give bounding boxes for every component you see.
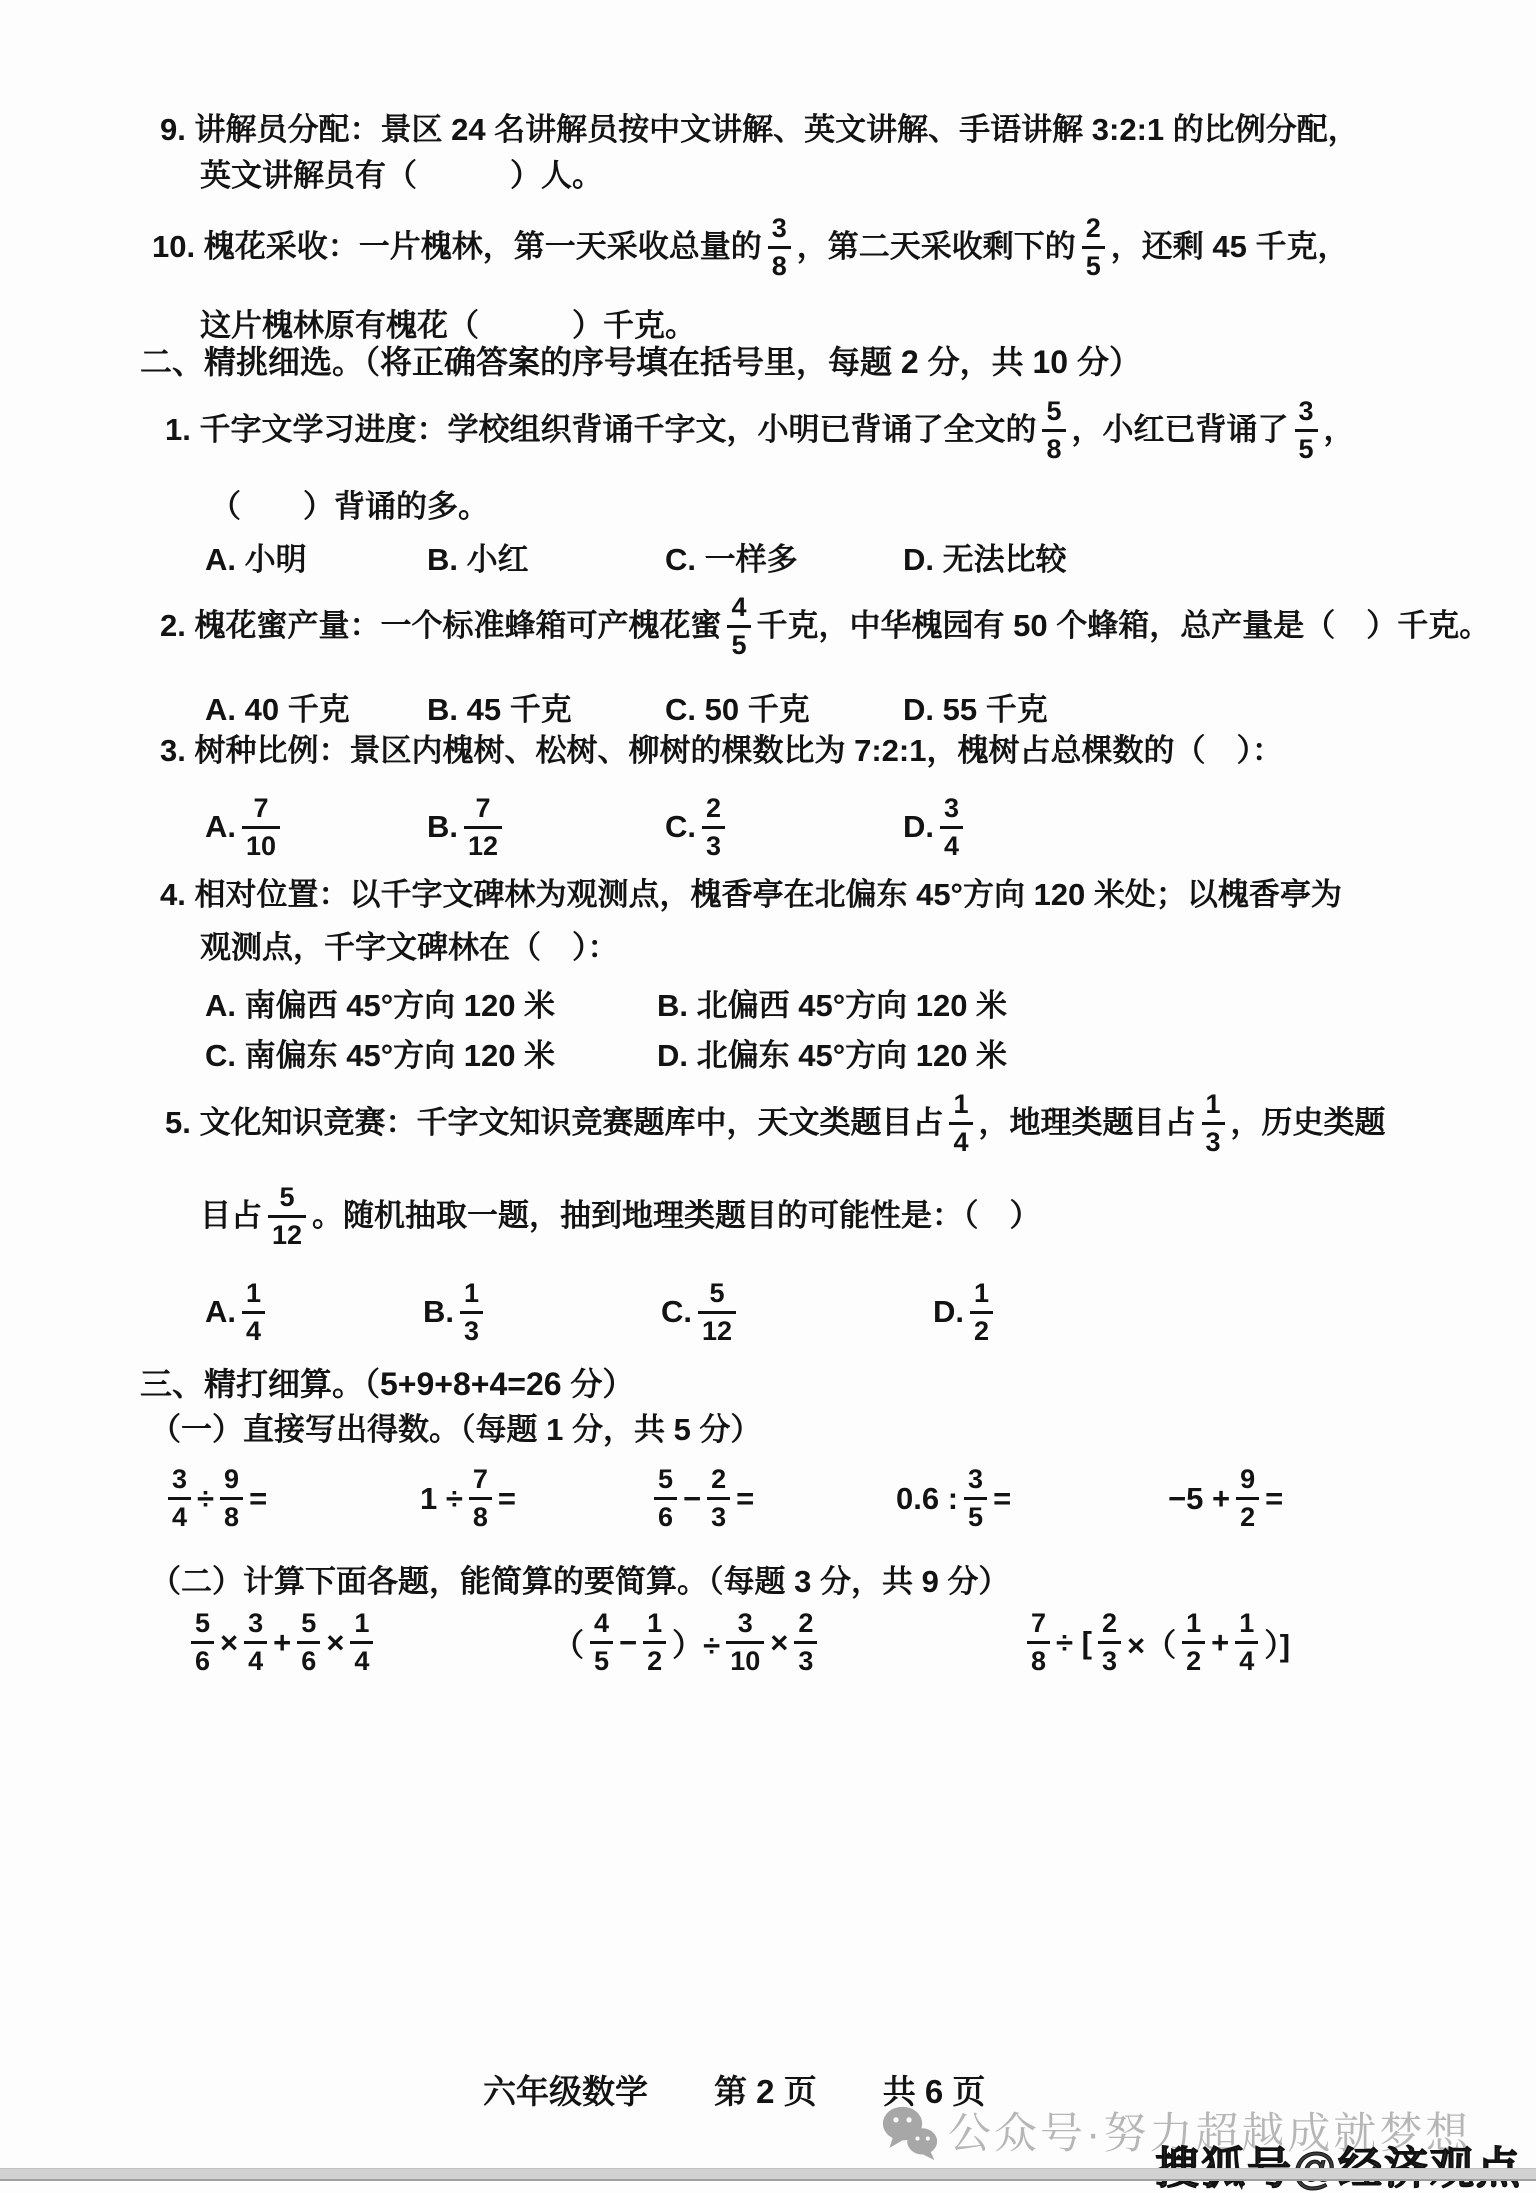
calculation-row: 56×34+56×14 （45−12）÷310×23 78÷ [23×（12+1… — [185, 1595, 1290, 1690]
expression-1: 34÷98= — [162, 1456, 420, 1541]
option-b: B. 13 — [423, 1271, 661, 1353]
option-c: C. 512 — [661, 1271, 933, 1353]
section-3-header: 三、精打细算。（5+9+8+4=26 分） — [140, 1364, 634, 1404]
sohu-watermark-label: 搜狐号@经济观点 — [1155, 2132, 1522, 2193]
question-5-line-2: 目占512。随机抽取一题，抽到地理类题目的可能性是：（ ） — [200, 1176, 1041, 1256]
option-a: A. 40 千克 — [205, 684, 427, 729]
option-b: B. 北偏西 45°方向 120 米 — [657, 980, 1007, 1025]
exam-page: 9. 讲解员分配：景区 24 名讲解员按中文讲解、英文讲解、手语讲解 3:2:1… — [0, 0, 1536, 2193]
question-2-options: A. 40 千克 B. 45 千克 C. 50 千克 D. 55 千克 — [205, 684, 1048, 729]
wechat-icon — [880, 2103, 940, 2166]
question-3-options: A. 710 B. 712 C. 23 D. 34 — [205, 786, 969, 868]
question-10-line-1: 10. 槐花采收：一片槐林，第一天采收总量的38，第二天采收剩下的25，还剩 4… — [152, 204, 1349, 290]
question-4-line-1: 4. 相对位置：以千字文碑林为观测点，槐香亭在北偏东 45°方向 120 米处；… — [160, 875, 1342, 915]
section-2-header: 二、精挑细选。（将正确答案的序号填在括号里，每题 2 分，共 10 分） — [140, 342, 1141, 382]
expression-1: 56×34+56×14 — [185, 1595, 553, 1690]
page-bottom-edge — [0, 2168, 1536, 2181]
question-5-line-1: 5. 文化知识竞赛：千字文知识竞赛题库中，天文类题目占14，地理类题目占13，历… — [165, 1083, 1386, 1163]
option-a: A. 710 — [205, 786, 427, 868]
expression-4: 0.6 :35= — [896, 1456, 1168, 1541]
option-d: D. 无法比较 — [903, 534, 1067, 579]
question-4-options-row-1: A. 南偏西 45°方向 120 米 B. 北偏西 45°方向 120 米 — [205, 980, 1007, 1025]
option-c: C. 23 — [665, 786, 903, 868]
question-1-line-1: 1. 千字文学习进度：学校组织背诵千字文，小明已背诵了全文的58，小红已背诵了3… — [165, 390, 1355, 470]
question-9-line-2: 英文讲解员有（ ）人。 — [200, 156, 603, 196]
question-5-options: A. 14 B. 13 C. 512 D. 12 — [205, 1271, 999, 1353]
option-a: A. 14 — [205, 1271, 423, 1353]
expression-3: 78÷ [23×（12+14）] — [1021, 1595, 1290, 1690]
option-a: A. 小明 — [205, 534, 427, 579]
option-d: D. 12 — [933, 1271, 999, 1353]
option-b: B. 45 千克 — [427, 684, 665, 729]
question-3-line-1: 3. 树种比例：景区内槐树、松树、柳树的棵数比为 7:2:1，槐树占总棵数的（ … — [160, 731, 1283, 771]
option-d: D. 55 千克 — [903, 684, 1048, 729]
expression-5: −5 +92= — [1168, 1456, 1283, 1541]
question-4-line-2: 观测点，千字文碑林在（ ）： — [200, 928, 619, 968]
option-a: A. 南偏西 45°方向 120 米 — [205, 980, 657, 1025]
option-d: D. 北偏东 45°方向 120 米 — [657, 1030, 1007, 1075]
option-b: B. 712 — [427, 786, 665, 868]
mental-math-row: 34÷98= 1 ÷78= 56−23= 0.6 :35= −5 +92= — [162, 1456, 1283, 1541]
option-b: B. 小红 — [427, 534, 665, 579]
question-4-options-row-2: C. 南偏东 45°方向 120 米 D. 北偏东 45°方向 120 米 — [205, 1030, 1007, 1075]
part-1-header: （一）直接写出得数。（每题 1 分，共 5 分） — [150, 1410, 761, 1450]
question-1-options: A. 小明 B. 小红 C. 一样多 D. 无法比较 — [205, 534, 1067, 579]
expression-3: 56−23= — [648, 1456, 896, 1541]
expression-2: （45−12）÷310×23 — [553, 1595, 1021, 1690]
question-10-line-2: 这片槐林原有槐花（ ）千克。 — [200, 306, 696, 346]
question-1-line-2: （ ）背诵的多。 — [210, 487, 489, 527]
question-9-line-1: 9. 讲解员分配：景区 24 名讲解员按中文讲解、英文讲解、手语讲解 3:2:1… — [160, 110, 1359, 150]
question-2-line-1: 2. 槐花蜜产量：一个标准蜂箱可产槐花蜜45千克，中华槐园有 50 个蜂箱，总产… — [160, 586, 1490, 666]
option-c: C. 50 千克 — [665, 684, 903, 729]
option-c: C. 一样多 — [665, 534, 903, 579]
expression-2: 1 ÷78= — [420, 1456, 648, 1541]
option-d: D. 34 — [903, 786, 969, 868]
option-c: C. 南偏东 45°方向 120 米 — [205, 1030, 657, 1075]
